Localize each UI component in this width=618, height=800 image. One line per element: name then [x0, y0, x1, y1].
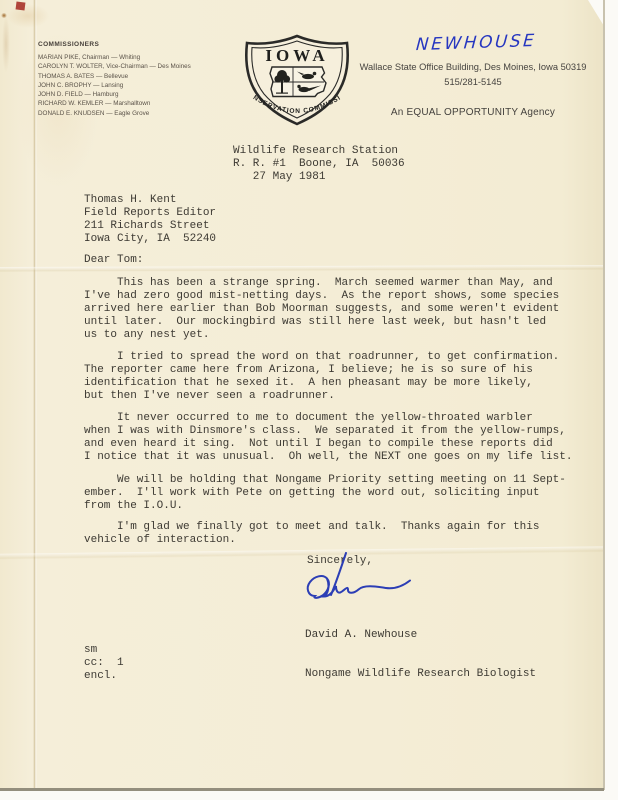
iowa-conservation-commission-logo: IOWA	[238, 34, 356, 126]
letterhead-phone: 515/281-5145	[352, 77, 594, 87]
commissioners-list: COMMISSIONERS MARIAN PIKE, Chairman — Wh…	[38, 41, 191, 118]
signer-name: David A. Newhouse	[305, 629, 536, 642]
commissioner-entry: DONALD E. KNUDSEN — Eagle Grove	[38, 109, 191, 118]
commissioner-entry: JOHN D. FIELD — Hamburg	[38, 90, 191, 99]
body-paragraph-4: We will be holding that Nongame Priority…	[84, 474, 566, 513]
paper-corner-clip	[588, 0, 604, 26]
commissioner-entry: THOMAS A. BATES — Bellevue	[38, 72, 191, 81]
commissioners-heading: COMMISSIONERS	[38, 41, 191, 48]
red-ink-mark	[16, 1, 26, 10]
iowa-state-map	[270, 67, 326, 97]
handwritten-name-annotation: NEWHOUSE	[415, 31, 537, 55]
salutation: Dear Tom:	[84, 254, 143, 267]
signature-handwritten-dave	[302, 550, 414, 608]
logo-state-name: IOWA	[265, 46, 328, 65]
body-paragraph-1: This has been a strange spring. March se…	[84, 277, 559, 342]
body-paragraph-3: It never occurred to me to document the …	[84, 412, 572, 464]
signature-block: David A. Newhouse Nongame Wildlife Resea…	[305, 603, 536, 707]
scanned-letter: COMMISSIONERS MARIAN PIKE, Chairman — Wh…	[0, 0, 618, 800]
fold-crease-vertical	[33, 0, 37, 790]
paper-edge-right	[603, 0, 605, 790]
paper-sheet: COMMISSIONERS MARIAN PIKE, Chairman — Wh…	[0, 0, 604, 790]
signer-title: Nongame Wildlife Research Biologist	[305, 668, 536, 681]
commissioner-entry: RICHARD W. KEMLER — Marshalltown	[38, 99, 191, 108]
recipient-address: Thomas H. Kent Field Reports Editor 211 …	[84, 194, 216, 246]
reference-initials-block: sm cc: 1 encl.	[84, 644, 124, 683]
paper-stain	[1, 13, 7, 18]
commissioner-entry: MARIAN PIKE, Chairman — Whiting	[38, 53, 191, 62]
body-paragraph-2: I tried to spread the word on that roadr…	[84, 351, 559, 403]
letterhead-address: Wallace State Office Building, Des Moine…	[352, 62, 594, 73]
paper-edge-bottom	[0, 788, 604, 791]
letterhead-address-block: Wallace State Office Building, Des Moine…	[352, 62, 594, 118]
body-paragraph-5: I'm glad we finally got to meet and talk…	[84, 521, 539, 547]
equal-opportunity-line: An EQUAL OPPORTUNITY Agency	[352, 107, 594, 118]
commissioner-entry: JOHN C. BROPHY — Lansing	[38, 81, 191, 90]
commissioner-entry: CAROLYN T. WOLTER, Vice-Chairman — Des M…	[38, 62, 191, 71]
return-address: Wildlife Research Station R. R. #1 Boone…	[233, 145, 405, 184]
